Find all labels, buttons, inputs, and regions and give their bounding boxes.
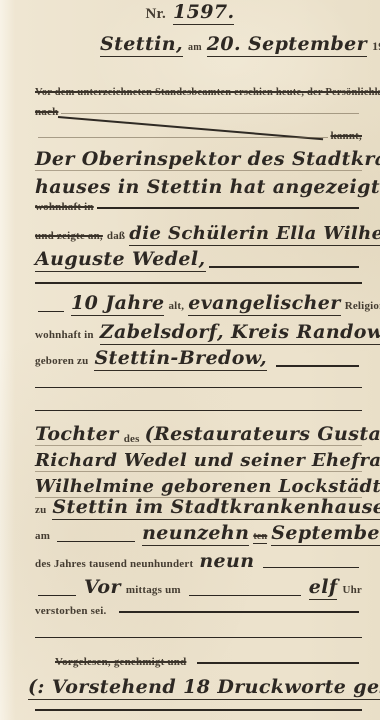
residence-value: Zabelsdorf, Kreis Randow, (100, 322, 380, 345)
age-religion-line: 10 Jahre alt, evangelischer Religion, (35, 293, 362, 316)
death-hour-value: elf (309, 577, 338, 600)
parents-line-1: Tochter des (Restaurateurs Gustav Herman… (35, 417, 362, 446)
birthplace-line: geboren zu Stettin-Bredow, (35, 348, 362, 371)
rule (35, 636, 362, 638)
verstorben-line: verstorben sei. (35, 605, 362, 617)
parents-line-2: Richard Wedel und seiner Ehefrau Marie C… (35, 444, 362, 472)
rule (35, 409, 362, 411)
parents-text-1: (Restaurateurs Gustav Hermann (145, 424, 380, 445)
am-word: am (35, 530, 50, 542)
death-place-line: zu Stettin im Stadtkrankenhause (35, 497, 362, 520)
separator-rule (35, 386, 362, 388)
rule (57, 540, 135, 542)
parents-text-3: Wilhelmine geborenen Lockstädt in Zabels… (35, 477, 380, 497)
nach-struck-text: nach (35, 106, 58, 118)
nach-line: nach (35, 106, 362, 118)
rule (38, 136, 328, 138)
death-time-line: Vor mittags um elf Uhr (35, 577, 362, 600)
year-prefix: des Jahres tausend neunhundert (35, 558, 193, 570)
mittags-word: mittags um (126, 584, 181, 596)
record-number-value: 1597. (173, 2, 235, 25)
dateline-city: Stettin, (100, 34, 183, 57)
dass-word: daß (107, 230, 125, 242)
intro-struck-text: Vor dem unterzeichneten Standesbeamten e… (35, 87, 380, 98)
death-month-value: September (271, 523, 380, 546)
dateline: Stettin, am 20. September 19 09. (100, 34, 362, 57)
wohnhaft-struck-line: wohnhaft in (35, 201, 362, 213)
separator-rule (35, 281, 362, 284)
rule (35, 386, 362, 388)
dateline-date: 20. September (207, 34, 367, 57)
rule (61, 112, 359, 114)
rule (189, 594, 301, 596)
dateline-am: am (188, 42, 202, 53)
religion-word: Religion, (345, 300, 380, 312)
nr-label: Nr. (146, 6, 166, 23)
deceased-line-2: Auguste Wedel, (35, 249, 362, 272)
rule (35, 281, 362, 284)
rule (119, 610, 359, 613)
uhr-word: Uhr (342, 584, 362, 596)
bottom-rule (35, 708, 362, 711)
informant-text-1: Der Oberinspektor des Stadtkranken= (35, 149, 380, 170)
dateline-year-printed: 19 (372, 39, 380, 54)
alt-word: alt, (168, 300, 184, 312)
death-year-line: des Jahres tausend neunhundert neun (35, 551, 362, 572)
religion-value: evangelischer (188, 293, 340, 316)
rule (197, 661, 359, 664)
parents-line-3: Wilhelmine geborenen Lockstädt in Zabels… (35, 470, 362, 498)
death-register-page: Nr. 1597. Stettin, am 20. September 19 0… (0, 0, 380, 720)
death-date-line: am neunzehn ten September (35, 523, 362, 546)
vorgelesen-struck-text: Vorgelesen, genehmigt und (55, 656, 186, 668)
rule (97, 206, 359, 209)
deceased-name-2: Auguste Wedel, (35, 249, 206, 272)
kannt-struck-text: kannt, (331, 130, 362, 142)
deceased-name-1: die Schülerin Ella Wilhelmine (129, 224, 380, 246)
deceased-line-1: und zeigte an, daß die Schülerin Ella Wi… (35, 224, 362, 246)
informant-line-2: hauses in Stettin hat angezeigt, (35, 170, 332, 198)
wohnhaft-struck-text: wohnhaft in (35, 201, 94, 213)
clerk-note-line: (: Vorstehend 18 Druckworte gestrichen :… (28, 670, 362, 700)
separator-rule (35, 409, 362, 411)
separator-rule (35, 636, 362, 638)
rule (38, 594, 76, 596)
intro-line: Vor dem unterzeichneten Standesbeamten e… (35, 82, 362, 100)
kannt-line: kannt, (35, 130, 362, 142)
rule (209, 265, 359, 268)
ten-suffix: ten (253, 531, 267, 544)
parents-text-2: Richard Wedel und seiner Ehefrau Marie C… (35, 451, 380, 471)
vor-value: Vor (84, 577, 121, 598)
informant-line-1: Der Oberinspektor des Stadtkranken= (35, 142, 362, 171)
informant-text-2: hauses in Stettin hat angezeigt, (35, 177, 380, 198)
rule (276, 364, 359, 367)
zeigte-struck-text: und zeigte an, (35, 230, 103, 242)
birthplace-value: Stettin-Bredow, (94, 348, 267, 371)
death-year-value: neun (199, 551, 254, 572)
rule (263, 566, 359, 568)
verstorben-words: verstorben sei. (35, 605, 106, 617)
record-number-line: Nr. 1597. (0, 2, 380, 25)
rule (35, 708, 362, 711)
residence-line: wohnhaft in Zabelsdorf, Kreis Randow, (35, 322, 362, 345)
zu-word: zu (35, 504, 46, 516)
tochter-word: Tochter (35, 424, 119, 445)
wohnhaft-word: wohnhaft in (35, 329, 94, 341)
age-value: 10 Jahre (71, 293, 164, 316)
geboren-word: geboren zu (35, 355, 88, 367)
death-place-value: Stettin im Stadtkrankenhause (52, 497, 380, 520)
vorgelesen-line: Vorgelesen, genehmigt und (55, 656, 362, 668)
death-day-value: neunzehn (142, 523, 249, 546)
clerk-note-text: (: Vorstehend 18 Druckworte gestrichen :… (28, 677, 380, 700)
rule (38, 310, 64, 312)
